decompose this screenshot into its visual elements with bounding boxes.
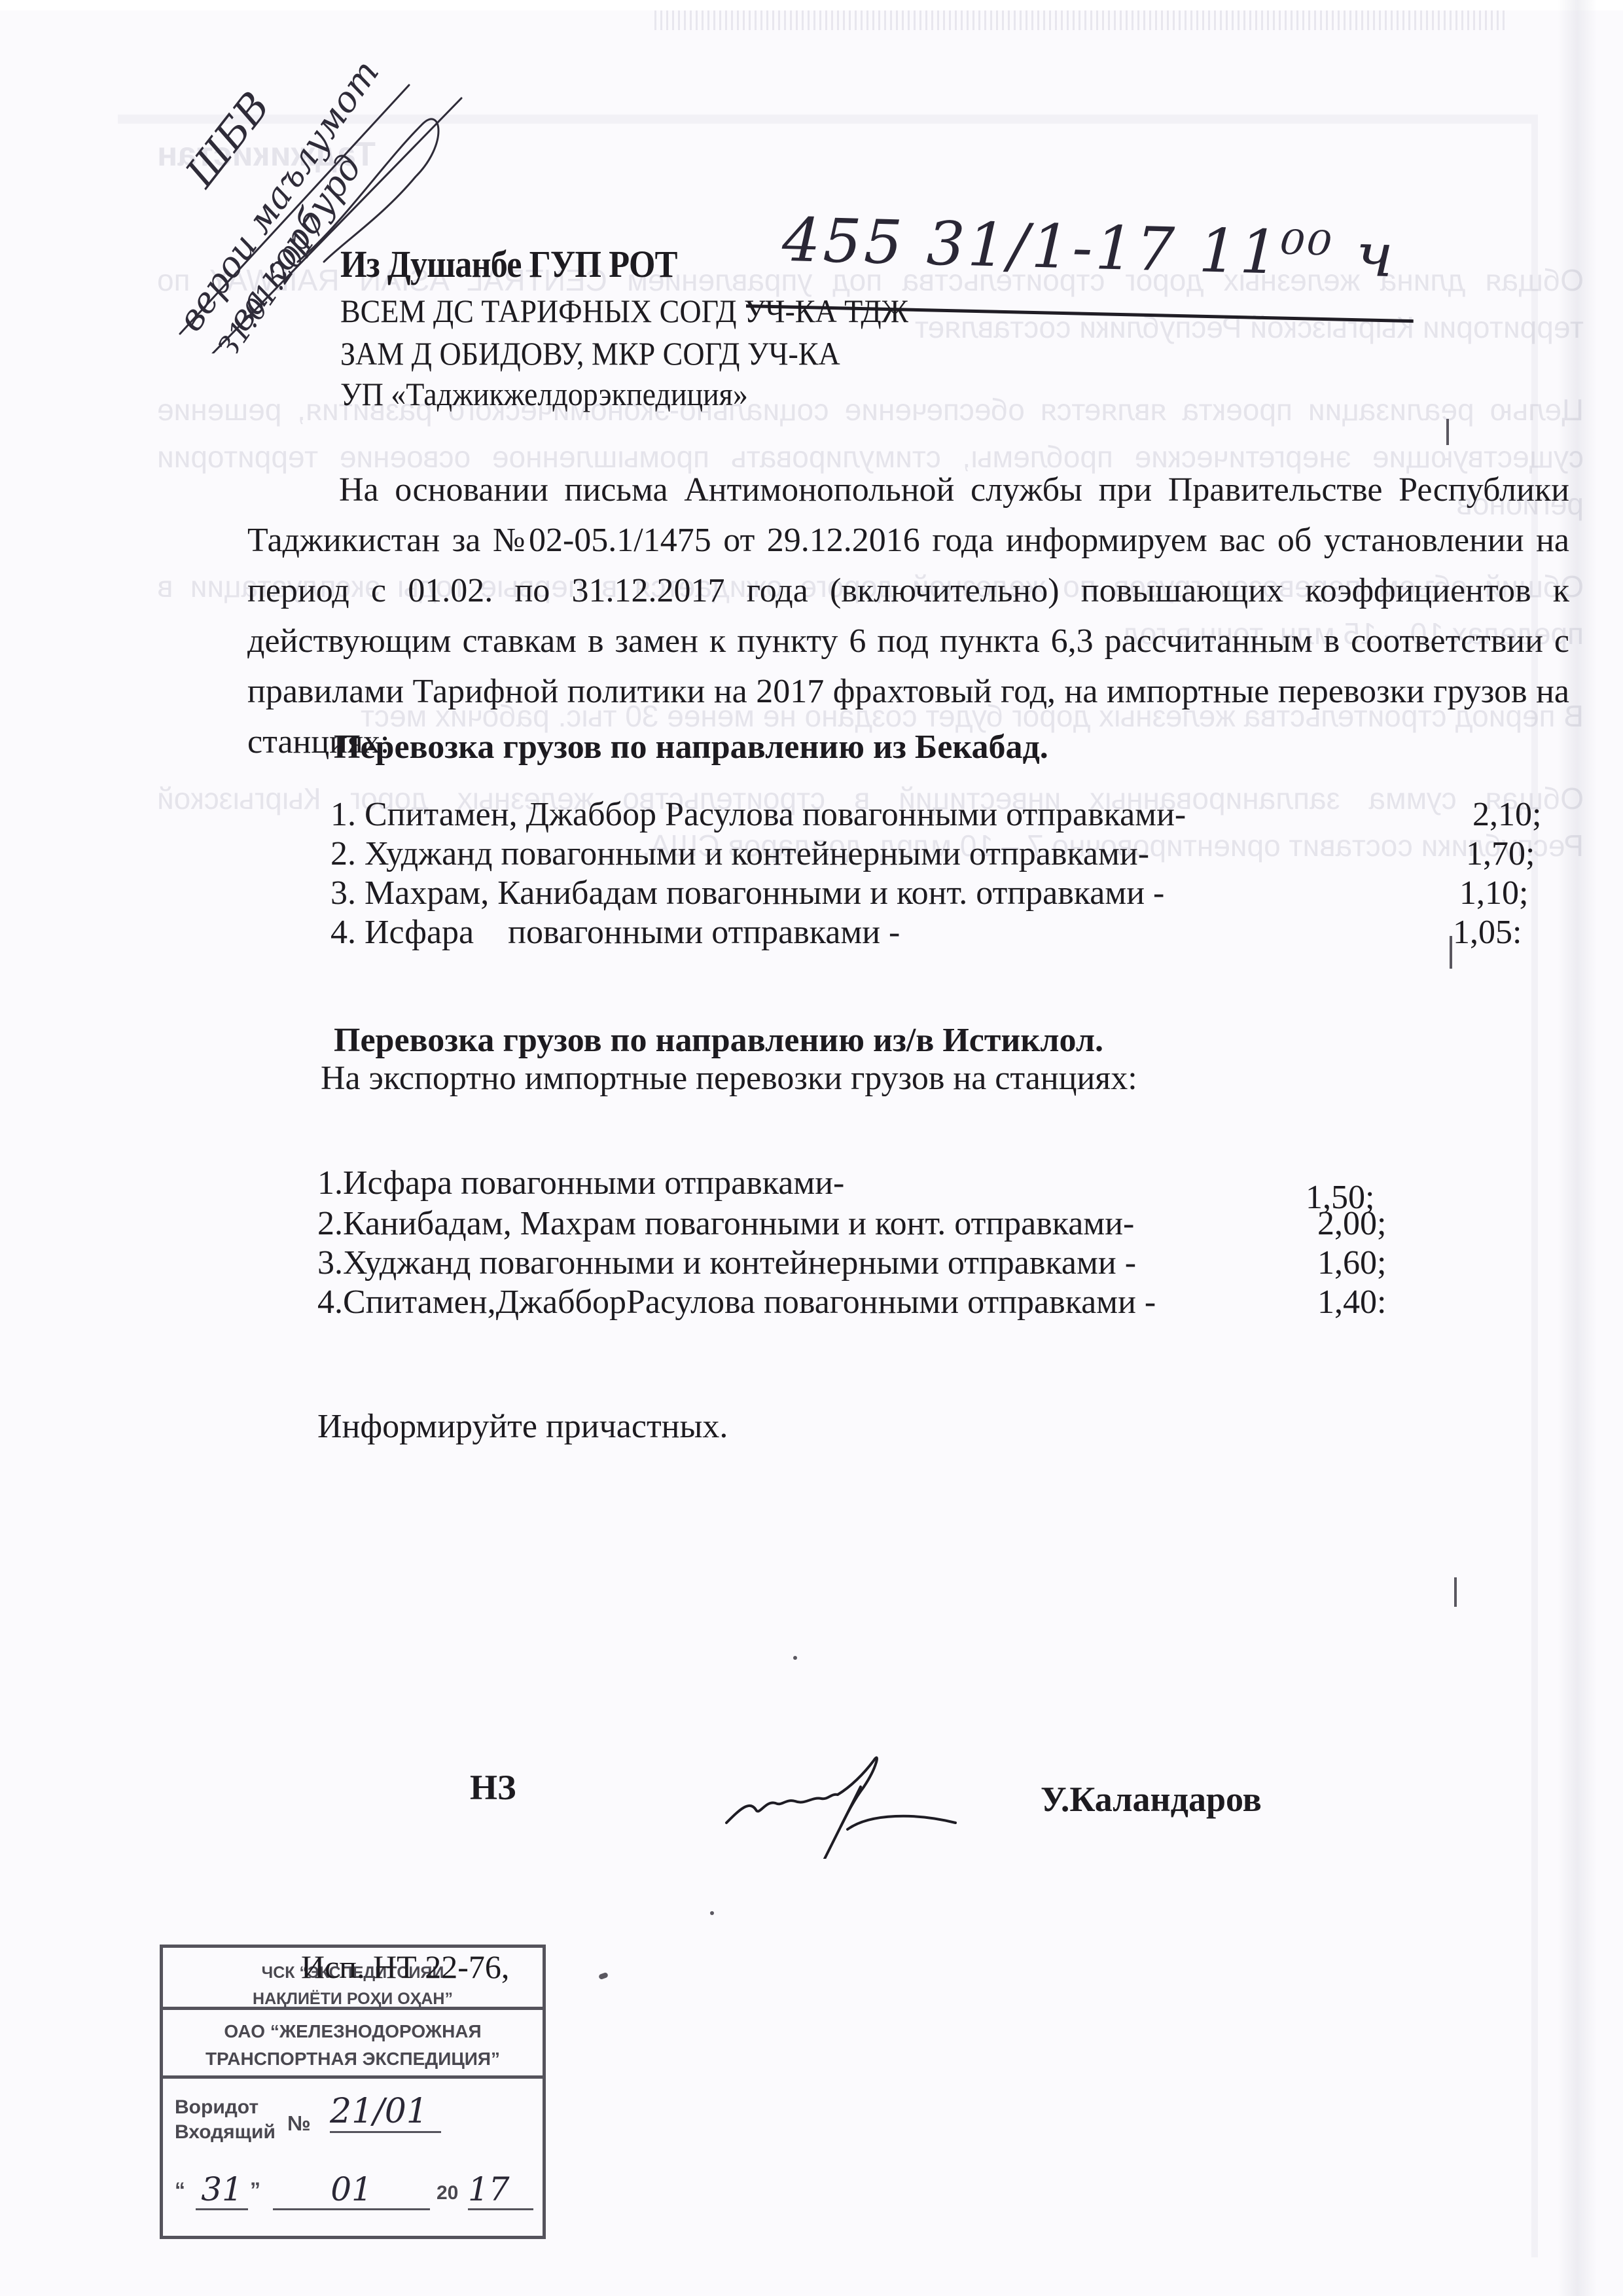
rate-label: 3. Махрам, Канибадам повагонными и конт.…: [330, 874, 1164, 912]
rate-value: 1,70;: [1466, 834, 1535, 873]
section-subheading: На экспортно импортные перевозки грузов …: [321, 1059, 1137, 1098]
scan-mark: [710, 1911, 714, 1915]
rate-value: 1,60;: [1317, 1244, 1386, 1282]
addressee-line: УП «Таджикжелдорэкпедиция»: [340, 374, 748, 414]
stamp-year: 17: [468, 2170, 533, 2210]
sender-line: Из Душанбе ГУП РОТ: [340, 242, 677, 286]
scan-mark: [793, 1656, 797, 1660]
scan-mark: [1454, 1577, 1457, 1607]
rate-value: 2,10;: [1472, 795, 1541, 834]
rate-row: 2. Худжанд повагонными и контейнерными о…: [330, 834, 1587, 874]
stamp-day: 31: [196, 2170, 248, 2210]
stamp-org-russian-line: ОАО “ЖЕЛЕЗНОДОРОЖНАЯ: [163, 2018, 543, 2045]
rate-value: 1,10;: [1459, 874, 1528, 912]
rate-value: 1,05:: [1453, 913, 1522, 952]
stamp-org-tajik-line: НАҚЛИЁТИ РОҲИ ОҲАН”: [163, 1986, 543, 2012]
rate-label: 4.Спитамен,ДжабборРасулова повагонными о…: [317, 1283, 1156, 1321]
stamp-org-russian-line: ТРАНСПОРТНАЯ ЭКСПЕДИЦИЯ”: [163, 2045, 543, 2073]
stamp-year-prefix: 20: [437, 2182, 458, 2204]
rate-label: 2.Канибадам, Махрам повагонными и конт. …: [317, 1204, 1134, 1243]
rate-label: 2. Худжанд повагонными и контейнерными о…: [330, 834, 1149, 873]
section-heading-bekabad: Перевозка грузов по направлению из Бекаб…: [334, 728, 1048, 766]
stamp-registration-fields: Воридот Входящий № 21/01 “ 31 ” 01 20 17: [163, 2079, 543, 2229]
incoming-registration-stamp: ЧСК “ЭКСПЕДИТСИЯИ НАҚЛИЁТИ РОҲИ ОҲАН” ОА…: [160, 1945, 546, 2239]
rate-value: 2,00;: [1317, 1204, 1386, 1243]
body-paragraph: На основании письма Антимонопольной служ…: [247, 465, 1569, 767]
executor-line: Исп. НТ 22-76,: [301, 1948, 509, 1986]
rate-value: 1,40:: [1317, 1283, 1386, 1321]
addressee-line: ВСЕМ ДС ТАРИФНЫХ СОГД УЧ-КА ТДЖ: [340, 291, 908, 331]
rate-label: 3.Худжанд повагонными и контейнерными от…: [317, 1244, 1136, 1282]
resolution-line-1: ШБВ: [176, 83, 279, 196]
signatory-position: НЗ: [470, 1767, 516, 1808]
rate-list-bekabad: 1. Спитамен, Джаббор Расулова повагонным…: [330, 795, 1587, 952]
rate-row: 3.Худжанд повагонными и контейнерными от…: [317, 1244, 1574, 1283]
section-heading-istiklol: Перевозка грузов по направлению из/в Ист…: [334, 1021, 1103, 1060]
signatory-name: У.Каландаров: [1041, 1779, 1262, 1820]
stamp-label-tajik: Воридот: [175, 2095, 276, 2120]
scan-noise: [654, 10, 1505, 30]
rate-label: 4. Исфара повагонными отправками -: [330, 913, 900, 952]
stamp-incoming-number: 21/01: [330, 2092, 441, 2133]
scan-mark: [1446, 419, 1449, 445]
stamp-incoming-label: Воридот Входящий: [175, 2095, 276, 2145]
signature-icon: [720, 1748, 1060, 1859]
stamp-number-sign: №: [287, 2111, 311, 2136]
sender-line-wrap: Из Душанбе ГУП РОТ: [340, 242, 715, 286]
document-page: Таджикистан Общая длина железных дорог с…: [0, 0, 1623, 2296]
scan-mark: [1450, 936, 1452, 969]
body-text: На основании письма Антимонопольной служ…: [247, 471, 1569, 761]
rate-list-istiklol: 1.Исфара повагонными отправками- 1,50; 2…: [317, 1164, 1574, 1322]
closing-line: Информируйте причастных.: [317, 1407, 728, 1446]
rate-row: 3. Махрам, Канибадам повагонными и конт.…: [330, 874, 1587, 913]
addressee-line: ЗАМ Д ОБИДОВУ, МКР СОГД УЧ-КА: [340, 334, 840, 373]
rate-row: 2.Канибадам, Махрам повагонными и конт. …: [317, 1204, 1574, 1244]
stamp-label-russian: Входящий: [175, 2120, 276, 2145]
stamp-month: 01: [273, 2170, 430, 2210]
stamp-date: “ 31 ” 01 20 17: [175, 2170, 541, 2216]
rate-row: 4.Спитамен,ДжабборРасулова повагонными о…: [317, 1283, 1574, 1322]
rate-row: 1. Спитамен, Джаббор Расулова повагонным…: [330, 795, 1587, 834]
stamp-open-quote: “: [175, 2178, 185, 2202]
stamp-close-quote: ”: [250, 2178, 260, 2202]
scan-margin: [0, 0, 1623, 10]
rate-row: 1.Исфара повагонными отправками- 1,50;: [317, 1164, 1574, 1204]
stamp-org-russian: ОАО “ЖЕЛЕЗНОДОРОЖНАЯ ТРАНСПОРТНАЯ ЭКСПЕД…: [163, 2010, 543, 2079]
rate-label: 1.Исфара повагонными отправками-: [317, 1164, 844, 1202]
rate-label: 1. Спитамен, Джаббор Расулова повагонным…: [330, 795, 1186, 834]
rate-row: 4. Исфара повагонными отправками - 1,05:: [330, 913, 1587, 952]
